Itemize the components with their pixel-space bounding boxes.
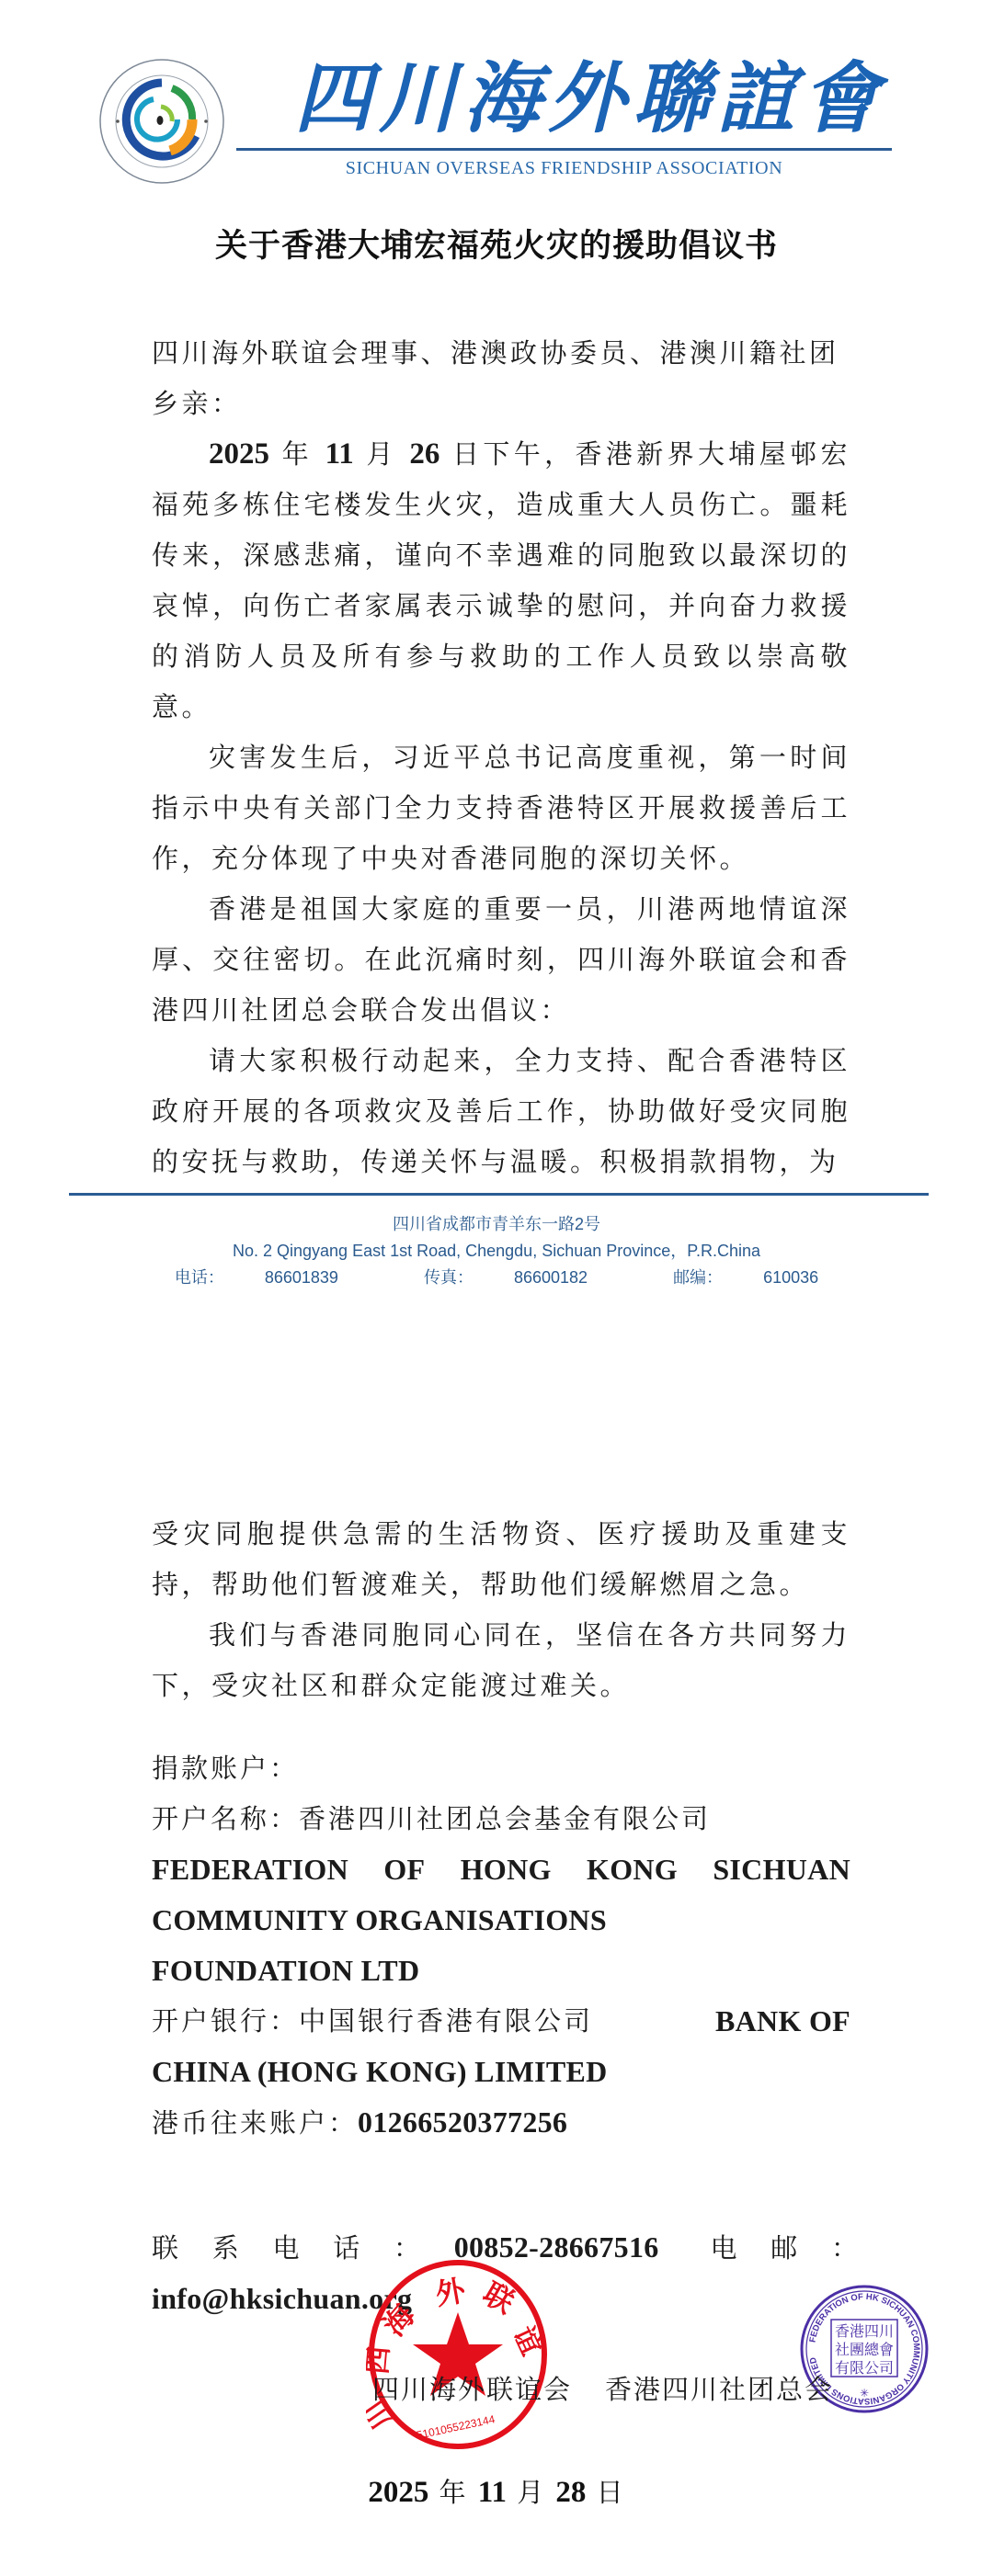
organization-name-calligraphy: 四川海外聯誼會 <box>294 48 864 149</box>
red-seal-star-icon: 海 外 联 谊 四 川 5101055223144 <box>366 2259 550 2450</box>
footer-phone: 电话：86601839 <box>154 1268 359 1287</box>
footer-address-cn: 四川省成都市青羊东一路2号 <box>0 1211 993 1235</box>
footer-contact-row: 电话：86601839 传真：86600182 邮编：610036 <box>0 1265 993 1288</box>
svg-text:✳: ✳ <box>860 2387 869 2400</box>
svg-text:社團總會: 社團總會 <box>835 2341 894 2358</box>
paragraph-call-to-action-part1: 请大家积极行动起来，全力支持、配合香港特区政府开展的各项救灾及善后工作，协助做好… <box>152 1036 850 1187</box>
swirl-emblem-icon <box>97 55 227 188</box>
paragraph-solidarity: 我们与香港同胞同心同在，坚信在各方共同努力下，受灾社区和群众定能渡过难关。 <box>152 1610 850 1711</box>
contact-email-label: 电邮： <box>711 2232 860 2264</box>
account-name-en-line1: FEDERATION OF HONG KONG SICHUAN <box>152 1844 850 1895</box>
bank-name-en-line2: CHINA (HONG KONG) LIMITED <box>152 2047 850 2097</box>
header-divider <box>236 148 892 151</box>
footer-postcode: 邮编：610036 <box>653 1268 839 1287</box>
svg-text:外: 外 <box>433 2273 469 2312</box>
hkd-account-row: 港币往来账户：01266520377256 <box>152 2097 850 2149</box>
paragraph-call-to-action-part2: 受灾同胞提供急需的生活物资、医疗援助及重建支持，帮助他们暂渡难关，帮助他们缓解燃… <box>152 1509 850 1610</box>
letter-body-page2: 受灾同胞提供急需的生活物资、医疗援助及重建支持，帮助他们暂渡难关，帮助他们缓解燃… <box>152 1509 850 1711</box>
account-name-en-line2: COMMUNITY ORGANISATIONS <box>152 1895 850 1946</box>
letter-body-page1: 四川海外联谊会理事、港澳政协委员、港澳川籍社团 乡亲： 2025 年 11 月 … <box>152 328 850 1187</box>
donation-heading: 捐款账户： <box>152 1743 850 1794</box>
closing-date: 2025 年 11 月 28 日 <box>0 2472 993 2510</box>
svg-text:有限公司: 有限公司 <box>835 2359 894 2377</box>
bank-row: 开户银行：中国银行香港有限公司 BANK OF <box>152 1996 850 2047</box>
account-name-en-line3: FOUNDATION LTD <box>152 1946 850 1996</box>
salutation-line-1: 四川海外联谊会理事、港澳政协委员、港澳川籍社团 <box>152 328 850 379</box>
footer-fax: 传真：86600182 <box>404 1268 608 1287</box>
account-name-row: 开户名称：香港四川社团总会基金有限公司 <box>152 1794 850 1844</box>
svg-text:香港四川: 香港四川 <box>835 2322 894 2340</box>
signatory-sichuan-overseas: 四川海外联谊会 <box>372 2374 572 2405</box>
paragraph-incident: 2025 年 11 月 26 日下午，香港新界大埔屋邨宏福苑多栋住宅楼发生火灾，… <box>152 429 850 732</box>
association-logo <box>97 55 227 188</box>
paragraph-central-support: 灾害发生后，习近平总书记高度重视，第一时间指示中央有关部门全力支持香港特区开展救… <box>152 732 850 884</box>
svg-text:5101055223144: 5101055223144 <box>416 2412 496 2442</box>
organization-name-english: SICHUAN OVERSEAS FRIENDSHIP ASSOCIATION <box>236 158 892 179</box>
red-official-seal: 海 外 联 谊 四 川 5101055223144 <box>366 2259 550 2450</box>
signatory-orgs: 四川海外联谊会香港四川社团总会 <box>372 2369 833 2407</box>
salutation-line-2: 乡亲： <box>152 379 850 429</box>
donation-account-section: 捐款账户： 开户名称：香港四川社团总会基金有限公司 FEDERATION OF … <box>152 1743 850 2149</box>
document-title: 关于香港大埔宏福苑火灾的援助倡议书 <box>0 221 993 267</box>
signatory-hk-sichuan-federation: 香港四川社团总会 <box>605 2374 833 2405</box>
footer-address-en: No. 2 Qingyang East 1st Road, Chengdu, S… <box>0 1238 993 1262</box>
paragraph-joint-initiative: 香港是祖国大家庭的重要一员，川港两地情谊深厚、交往密切。在此沉痛时刻，四川海外联… <box>152 884 850 1036</box>
footer-divider <box>69 1193 929 1196</box>
